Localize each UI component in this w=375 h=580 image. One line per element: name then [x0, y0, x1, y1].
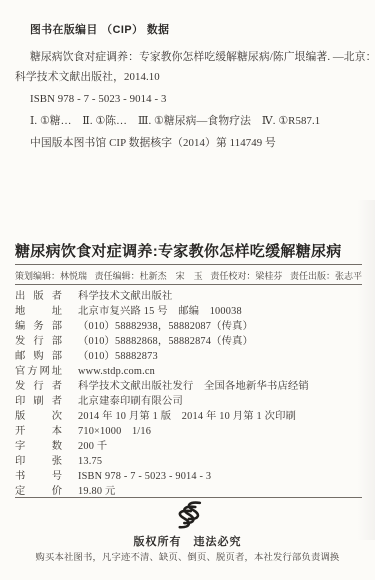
editors-row: 策划编辑：林悦瑞 责任编辑：杜新杰 宋 玉 责任校对：梁桂芬 责任出版：张志平 [15, 266, 362, 284]
cip-entry-line2: 科学技术文献出版社，2014.10 [15, 67, 362, 87]
cip-classification-line: Ⅰ. ①糖… Ⅱ. ①陈… Ⅲ. ①糖尿病—食物疗法 Ⅳ. ①R587.1 [15, 111, 362, 131]
cip-header: 图书在版编目 （CIP） 数据 [15, 20, 362, 40]
colophon-row-printer: 印刷者 北京建泰印刷有限公司 [15, 394, 362, 409]
row-value: 200 千 [78, 439, 107, 454]
row-label: 邮购部 [15, 349, 62, 364]
colophon-row-editorial-dept: 编务部 （010）58882938，58882087（传真） [15, 319, 362, 334]
replacement-note: 购买本社图书，凡字迹不清、缺页、倒页、脱页者，本社发行部负责调换 [0, 549, 375, 563]
row-label: 版次 [15, 409, 62, 424]
colophon-row-word-count: 字数 200 千 [15, 439, 362, 454]
row-label: 地址 [15, 304, 62, 319]
row-value: （010）58882873 [78, 349, 158, 364]
cip-registry-line: 中国版本图书馆 CIP 数据核字（2014）第 114749 号 [15, 133, 362, 153]
colophon-row-edition: 版次 2014 年 10 月第 1 版 2014 年 10 月第 1 次印刷 [15, 409, 362, 424]
colophon-row-publisher: 出版者 科学技术文献出版社 [15, 289, 362, 304]
row-value: 710×1000 1/16 [78, 424, 151, 439]
colophon-row-sheets: 印张 13.75 [15, 454, 362, 469]
divider-line [15, 284, 362, 285]
row-value: 北京建泰印刷有限公司 [78, 394, 183, 409]
colophon-row-distributor: 发行者 科学技术文献出版社发行 全国各地新华书店经销 [15, 379, 362, 394]
book-title: 糖尿病饮食对症调养:专家教你怎样吃缓解糖尿病 [15, 240, 342, 261]
row-label: 字数 [15, 439, 62, 454]
publishing-supervisor: 责任出版：张志平 [290, 269, 362, 282]
row-value: （010）58882938，58882087（传真） [78, 319, 253, 334]
row-label: 编务部 [15, 319, 62, 334]
colophon-row-format: 开本 710×1000 1/16 [15, 424, 362, 439]
row-label: 官方网址 [15, 364, 62, 379]
row-label: 印刷者 [15, 394, 62, 409]
proofreader: 责任校对：梁桂芬 [210, 269, 282, 282]
cip-isbn-line: ISBN 978 - 7 - 5023 - 9014 - 3 [15, 89, 362, 109]
colophon-table: 出版者 科学技术文献出版社 地址 北京市复兴路 15 号 邮编 100038 编… [15, 289, 362, 499]
copyright-notice: 版权所有 违法必究 [0, 533, 375, 549]
colophon-row-mail-order-dept: 邮购部 （010）58882873 [15, 349, 362, 364]
row-label: 发行部 [15, 334, 62, 349]
row-value: 2014 年 10 月第 1 版 2014 年 10 月第 1 次印刷 [78, 409, 296, 424]
colophon-row-website: 官方网址 www.stdp.com.cn [15, 364, 362, 379]
row-label: 书号 [15, 469, 62, 484]
row-value: 13.75 [78, 454, 102, 469]
row-label: 印张 [15, 454, 62, 469]
stdp-press-logo-icon [171, 500, 205, 534]
divider-line [15, 497, 362, 498]
row-value: 科学技术文献出版社 [78, 289, 172, 304]
cip-entry-line1: 糖尿病饮食对症调养：专家教你怎样吃缓解糖尿病/陈广垠编著. —北京： [15, 47, 362, 67]
colophon-row-book-number: 书号 ISBN 978 - 7 - 5023 - 9014 - 3 [15, 469, 362, 484]
colophon-row-distribution-dept: 发行部 （010）58882868，58882874（传真） [15, 334, 362, 349]
row-label: 发行者 [15, 379, 62, 394]
row-value: （010）58882868，58882874（传真） [78, 334, 253, 349]
row-value: 北京市复兴路 15 号 邮编 100038 [78, 304, 242, 319]
book-colophon-page: 图书在版编目 （CIP） 数据 糖尿病饮食对症调养：专家教你怎样吃缓解糖尿病/陈… [0, 0, 375, 580]
row-value: ISBN 978 - 7 - 5023 - 9014 - 3 [78, 469, 211, 484]
responsible-editor: 责任编辑：杜新杰 宋 玉 [95, 269, 203, 282]
row-label: 出版者 [15, 289, 62, 304]
colophon-row-address: 地址 北京市复兴路 15 号 邮编 100038 [15, 304, 362, 319]
row-value: 科学技术文献出版社发行 全国各地新华书店经销 [78, 379, 309, 394]
row-value: www.stdp.com.cn [78, 364, 155, 379]
planning-editor: 策划编辑：林悦瑞 [15, 269, 87, 282]
cip-data-block: 图书在版编目 （CIP） 数据 糖尿病饮食对症调养：专家教你怎样吃缓解糖尿病/陈… [15, 20, 362, 153]
divider-line [15, 264, 362, 265]
row-label: 开本 [15, 424, 62, 439]
